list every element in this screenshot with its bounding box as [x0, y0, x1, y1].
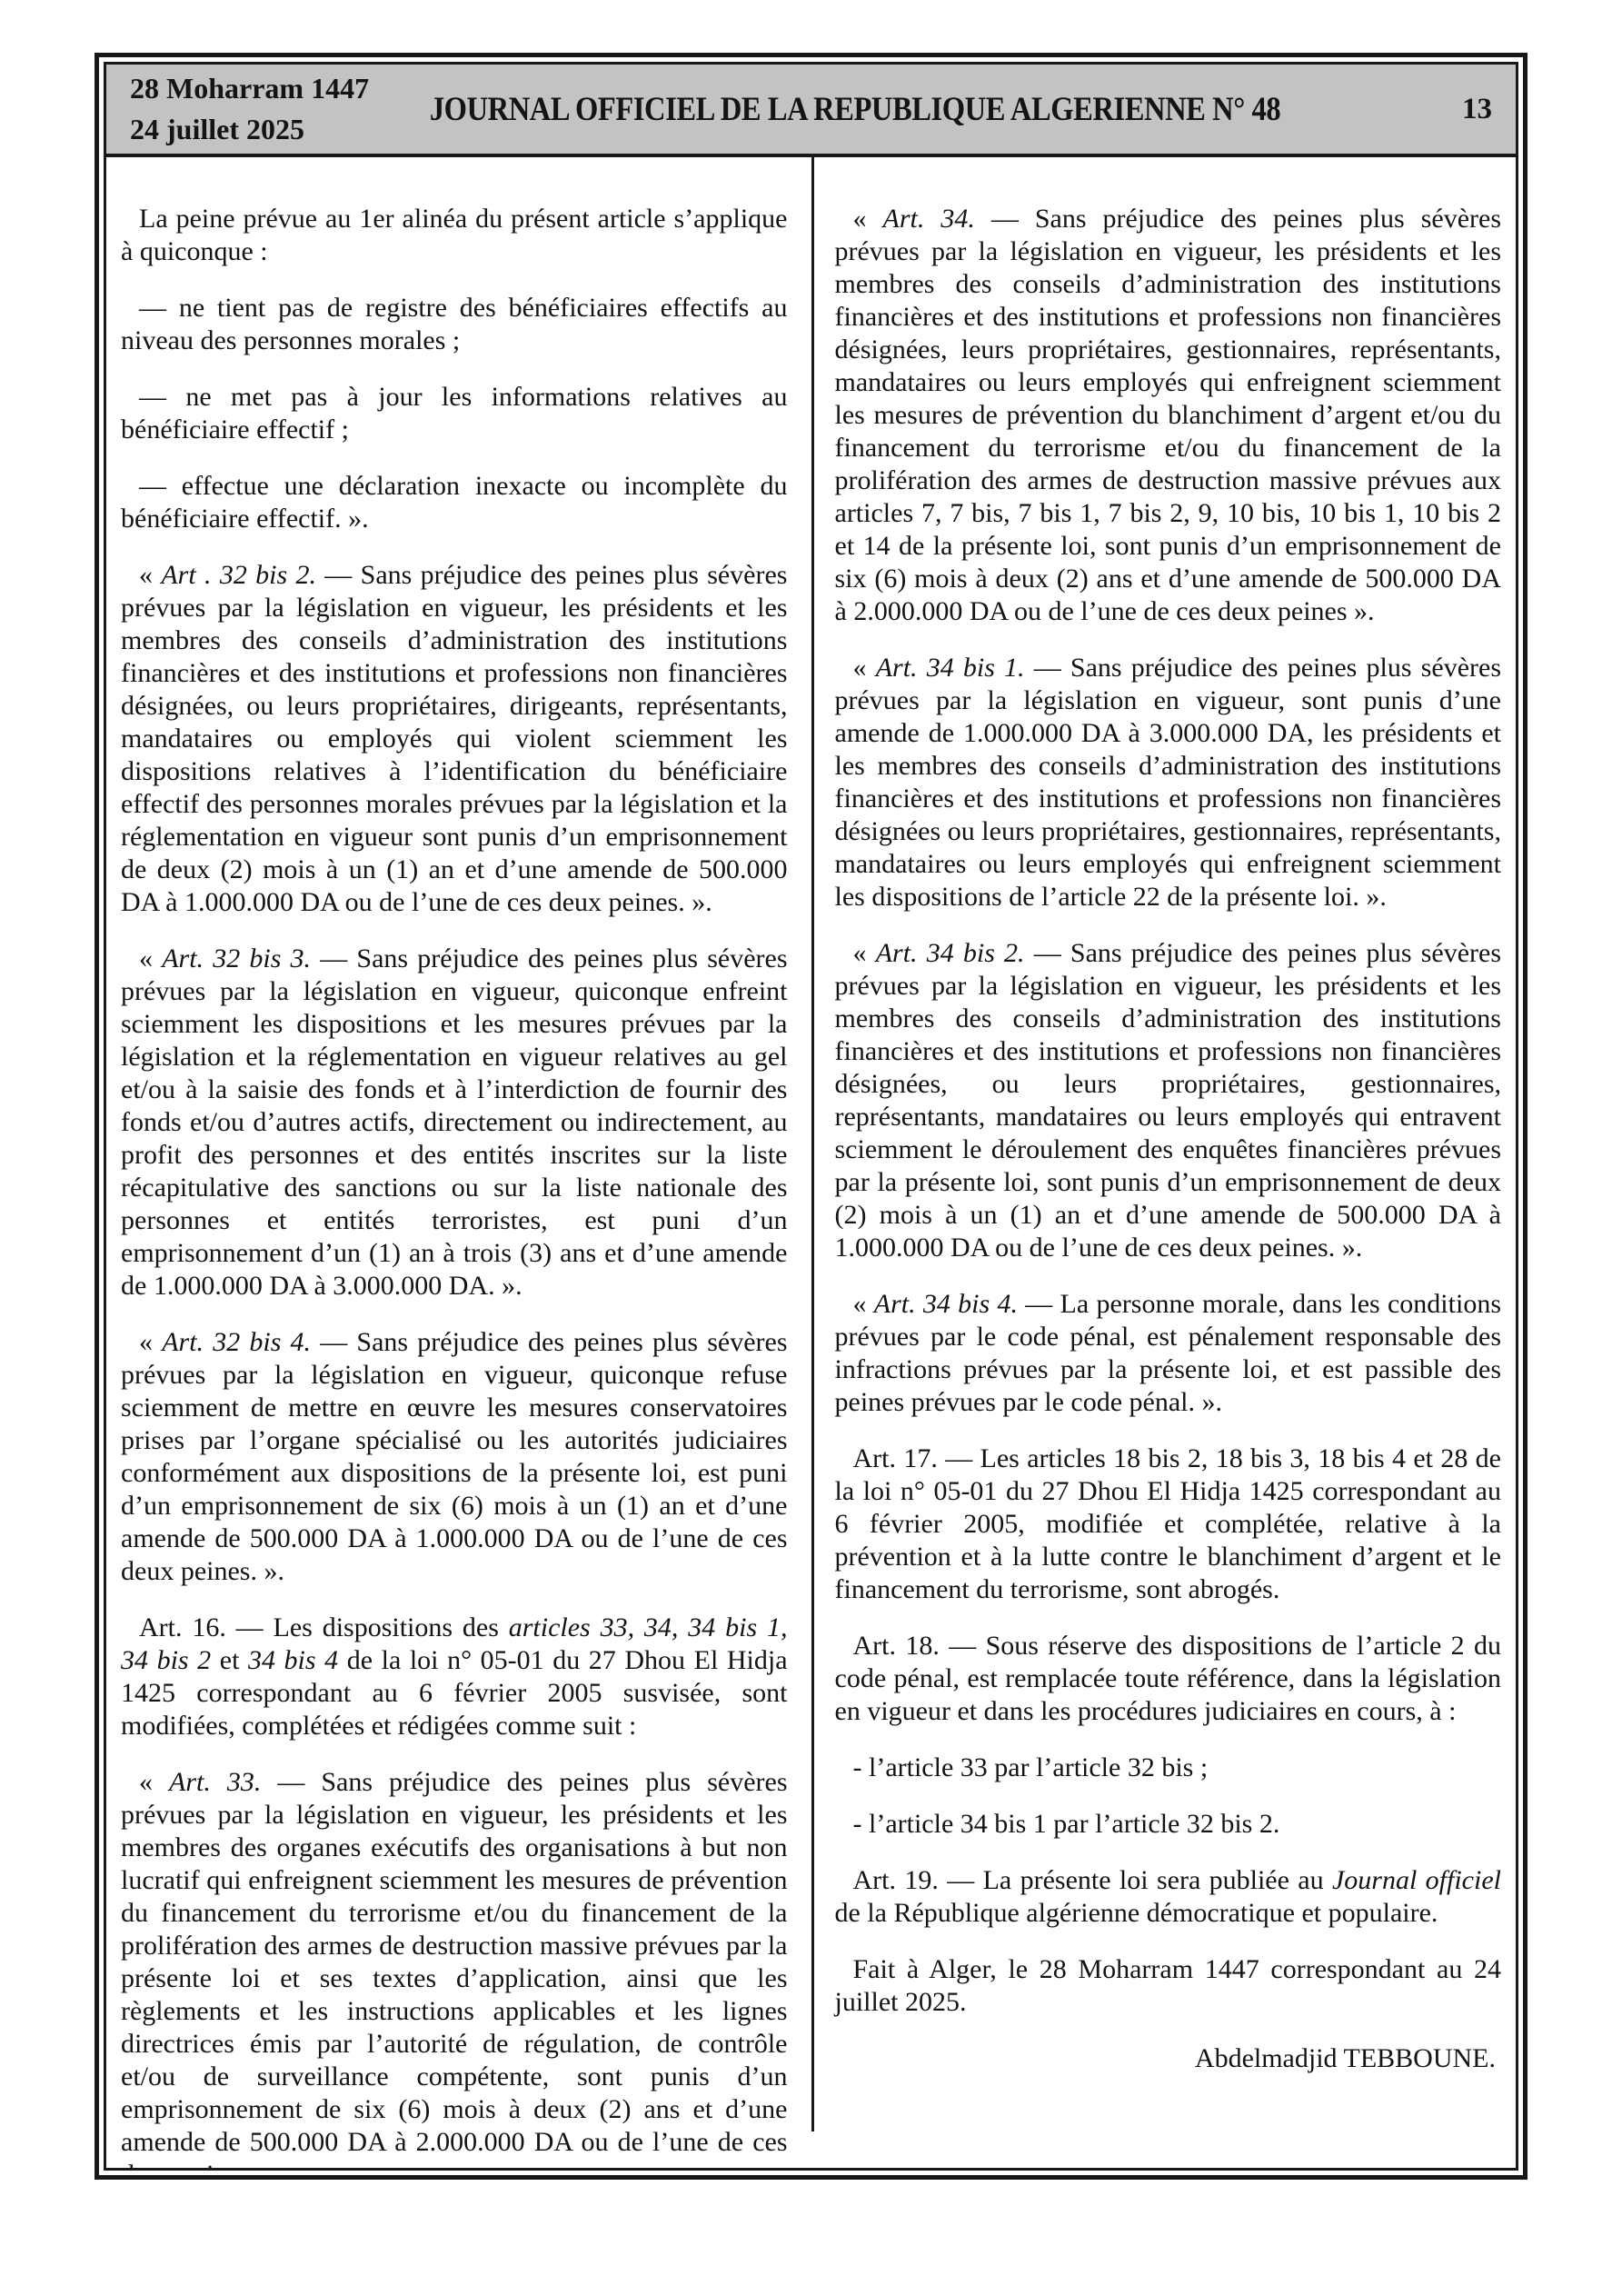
- text-run: Abdelmadjid TEBBOUNE.: [1195, 2043, 1496, 2073]
- text-run: — Sans préjudice des peines plus sévères…: [121, 560, 788, 917]
- paragraph: « Art . 32 bis 2. — Sans préjudice des p…: [121, 559, 788, 919]
- italic-run: Art. 34.: [883, 204, 975, 234]
- signature: Abdelmadjid TEBBOUNE.: [835, 2042, 1502, 2075]
- paragraph: « Art. 34 bis 4. — La personne morale, d…: [835, 1288, 1502, 1419]
- text-run: La peine prévue au 1er alinéa du présent…: [121, 204, 788, 266]
- italic-run: Journal officiel: [1332, 1865, 1501, 1895]
- header-dates: 28 Moharram 1447 24 juillet 2025: [130, 68, 372, 150]
- paragraph: — effectue une déclaration inexacte ou i…: [121, 470, 788, 535]
- italic-run: 34 bis 4: [248, 1645, 338, 1675]
- text-run: — Sans préjudice des peines plus sévères…: [121, 1327, 788, 1586]
- text-run: «: [853, 204, 883, 234]
- text-run: — Sans préjudice des peines plus sévères…: [121, 943, 788, 1301]
- page-number: 13: [1338, 93, 1492, 126]
- paragraph: « Art. 34. — Sans préjudice des peines p…: [835, 203, 1502, 628]
- paragraph: « Art. 33. — Sans préjudice des peines p…: [121, 1766, 788, 2168]
- italic-run: Art. 33.: [169, 1767, 261, 1797]
- paragraph: Art. 16. — Les dispositions des articles…: [121, 1612, 788, 1742]
- text-run: — effectue une déclaration inexacte ou i…: [121, 471, 788, 534]
- page-frame-inner: 28 Moharram 1447 24 juillet 2025 JOURNAL…: [104, 62, 1518, 2171]
- text-run: «: [139, 560, 161, 590]
- text-run: «: [139, 1327, 162, 1357]
- text-run: - l’article 33 par l’article 32 bis ;: [853, 1752, 1209, 1782]
- text-run: — Sans préjudice des peines plus sévères…: [121, 1767, 788, 2168]
- left-column: La peine prévue au 1er alinéa du présent…: [121, 203, 811, 2168]
- right-column: « Art. 34. — Sans préjudice des peines p…: [811, 203, 1502, 2168]
- page-header: 28 Moharram 1447 24 juillet 2025 JOURNAL…: [106, 65, 1516, 157]
- italic-run: Art. 32 bis 4.: [162, 1327, 311, 1357]
- text-run: - l’article 34 bis 1 par l’article 32 bi…: [853, 1809, 1280, 1839]
- paragraph: — ne tient pas de registre des bénéficia…: [121, 292, 788, 357]
- column-divider: [811, 157, 814, 2131]
- text-run: — Sans préjudice des peines plus sévères…: [835, 938, 1502, 1263]
- text-run: de la République algérienne démocratique…: [835, 1898, 1438, 1928]
- text-run: Art. 19. — La présente loi sera publiée …: [853, 1865, 1332, 1895]
- hijri-date: 28 Moharram 1447: [130, 68, 372, 109]
- text-run: «: [853, 653, 876, 683]
- paragraph: « Art. 34 bis 2. — Sans préjudice des pe…: [835, 937, 1502, 1264]
- text-run: — Sans préjudice des peines plus sévères…: [835, 653, 1502, 912]
- text-run: Art. 16. — Les dispositions des: [139, 1612, 509, 1642]
- text-run: — Sans préjudice des peines plus sévères…: [835, 204, 1502, 626]
- paragraph: Art. 19. — La présente loi sera publiée …: [835, 1864, 1502, 1930]
- text-run: — ne tient pas de registre des bénéficia…: [121, 293, 788, 355]
- paragraph: — ne met pas à jour les informations rel…: [121, 381, 788, 446]
- journal-title: JOURNAL OFFICIEL DE LA REPUBLIQUE ALGERI…: [429, 90, 1279, 129]
- text-run: Art. 18. — Sous réserve des dispositions…: [835, 1631, 1502, 1726]
- paragraph: - l’article 33 par l’article 32 bis ;: [835, 1752, 1502, 1784]
- paragraph: « Art. 34 bis 1. — Sans préjudice des pe…: [835, 652, 1502, 913]
- paragraph: Art. 17. — Les articles 18 bis 2, 18 bis…: [835, 1442, 1502, 1606]
- italic-run: Art. 34 bis 1.: [876, 653, 1025, 683]
- gregorian-date: 24 juillet 2025: [130, 109, 372, 150]
- paragraph: « Art. 32 bis 4. — Sans préjudice des pe…: [121, 1326, 788, 1588]
- italic-run: Art. 34 bis 2.: [876, 938, 1025, 968]
- italic-run: Art . 32 bis 2.: [161, 560, 316, 590]
- paragraph: « Art. 32 bis 3. — Sans préjudice des pe…: [121, 943, 788, 1303]
- text-run: «: [139, 943, 162, 973]
- text-run: Art. 17. — Les articles 18 bis 2, 18 bis…: [835, 1443, 1502, 1604]
- paragraph: Art. 18. — Sous réserve des dispositions…: [835, 1630, 1502, 1728]
- italic-run: Art. 32 bis 3.: [162, 943, 311, 973]
- paragraph: Fait à Alger, le 28 Moharram 1447 corres…: [835, 1953, 1502, 2019]
- page-content: La peine prévue au 1er alinéa du présent…: [106, 157, 1516, 2168]
- text-run: «: [853, 938, 876, 968]
- text-run: «: [139, 1767, 169, 1797]
- italic-run: Art. 34 bis 4.: [874, 1289, 1018, 1319]
- journal-title-zone: JOURNAL OFFICIEL DE LA REPUBLIQUE ALGERI…: [372, 90, 1338, 129]
- paragraph: - l’article 34 bis 1 par l’article 32 bi…: [835, 1808, 1502, 1841]
- text-run: «: [853, 1289, 874, 1319]
- paragraph: La peine prévue au 1er alinéa du présent…: [121, 203, 788, 268]
- text-run: — ne met pas à jour les informations rel…: [121, 382, 788, 444]
- text-run: Fait à Alger, le 28 Moharram 1447 corres…: [835, 1954, 1502, 2017]
- text-run: et: [211, 1645, 248, 1675]
- page-frame: 28 Moharram 1447 24 juillet 2025 JOURNAL…: [95, 53, 1527, 2180]
